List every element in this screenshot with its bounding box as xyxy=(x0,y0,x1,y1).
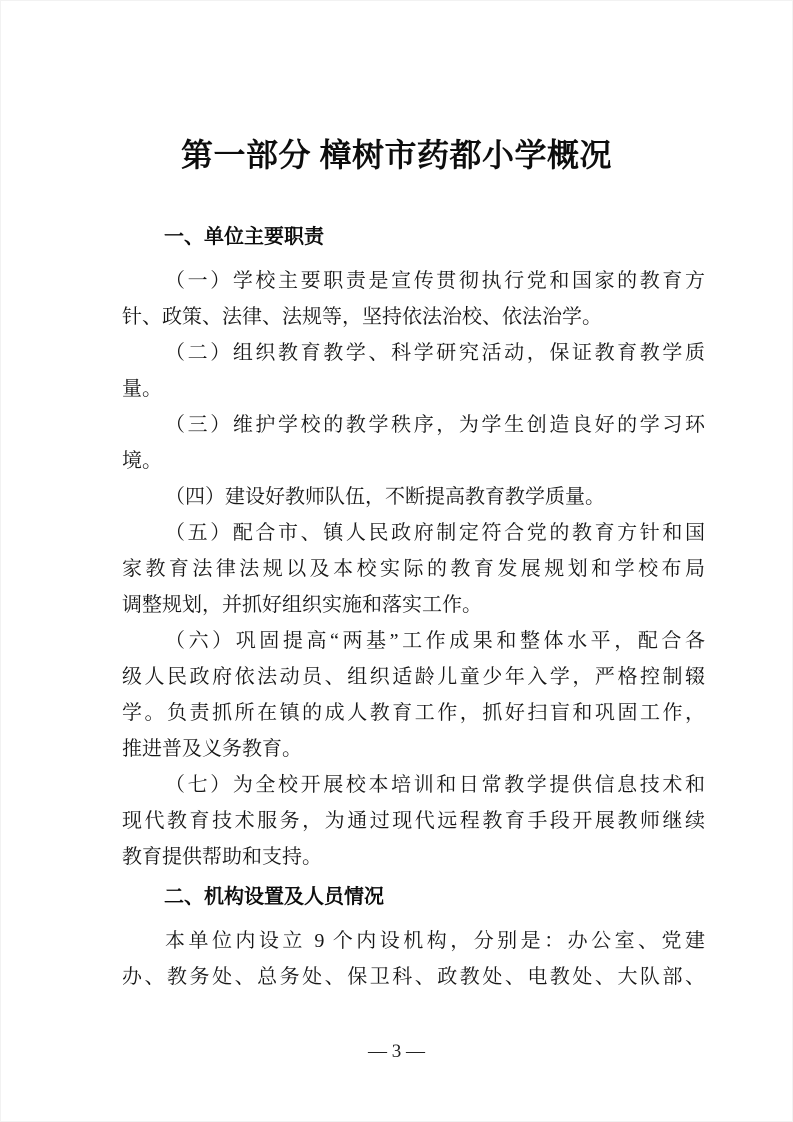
text-line: （三）维护学校的教学秩序，为学生创造良好的学习环 xyxy=(122,407,705,443)
text-line: 级人民政府依法动员、组织适龄儿童少年入学，严格控制辍 xyxy=(122,659,705,695)
text-line: （四）建设好教师队伍，不断提高教育教学质量。 xyxy=(122,479,705,515)
text-line: 教育提供帮助和支持。 xyxy=(122,839,705,875)
paragraph: （七）为全校开展校本培训和日常教学提供信息技术和现代教育技术服务，为通过现代远程… xyxy=(122,767,705,875)
page-number: — 3 — xyxy=(0,1040,793,1064)
text-line: 现代教育技术服务，为通过现代远程教育手段开展教师继续 xyxy=(122,803,705,839)
text-line: （二）组织教育教学、科学研究活动，保证教育教学质 xyxy=(122,335,705,371)
text-line: 境。 xyxy=(122,443,705,479)
paragraph: （六）巩固提高“两基”工作成果和整体水平，配合各级人民政府依法动员、组织适龄儿童… xyxy=(122,623,705,767)
text-line: 学。负责抓所在镇的成人教育工作，抓好扫盲和巩固工作， xyxy=(122,695,705,731)
document-title: 第一部分 樟树市药都小学概况 xyxy=(0,0,793,177)
section-heading: 二、机构设置及人员情况 xyxy=(122,879,705,915)
text-line: （七）为全校开展校本培训和日常教学提供信息技术和 xyxy=(122,767,705,803)
paragraph: （二）组织教育教学、科学研究活动，保证教育教学质量。 xyxy=(122,335,705,407)
paragraph: （三）维护学校的教学秩序，为学生创造良好的学习环境。 xyxy=(122,407,705,479)
paragraph: 本单位内设立 9 个内设机构，分别是：办公室、党建办、教务处、总务处、保卫科、政… xyxy=(122,923,705,995)
text-line: （五）配合市、镇人民政府制定符合党的教育方针和国 xyxy=(122,515,705,551)
text-line: （六）巩固提高“两基”工作成果和整体水平，配合各 xyxy=(122,623,705,659)
document-body: 一、单位主要职责（一）学校主要职责是宣传贯彻执行党和国家的教育方针、政策、法律、… xyxy=(122,219,705,995)
text-line: 量。 xyxy=(122,371,705,407)
text-line: （一）学校主要职责是宣传贯彻执行党和国家的教育方 xyxy=(122,263,705,299)
paragraph: （五）配合市、镇人民政府制定符合党的教育方针和国家教育法律法规以及本校实际的教育… xyxy=(122,515,705,623)
text-line: 家教育法律法规以及本校实际的教育发展规划和学校布局 xyxy=(122,551,705,587)
paragraph: （四）建设好教师队伍，不断提高教育教学质量。 xyxy=(122,479,705,515)
section-heading: 一、单位主要职责 xyxy=(122,219,705,255)
document-page: 第一部分 樟树市药都小学概况 一、单位主要职责（一）学校主要职责是宣传贯彻执行党… xyxy=(0,0,793,1122)
paragraph: （一）学校主要职责是宣传贯彻执行党和国家的教育方针、政策、法律、法规等，坚持依法… xyxy=(122,263,705,335)
text-line: 针、政策、法律、法规等，坚持依法治校、依法治学。 xyxy=(122,299,705,335)
text-line: 调整规划，并抓好组织实施和落实工作。 xyxy=(122,587,705,623)
text-line: 办、教务处、总务处、保卫科、政教处、电教处、大队部、 xyxy=(122,959,705,995)
text-line: 推进普及义务教育。 xyxy=(122,731,705,767)
text-line: 本单位内设立 9 个内设机构，分别是：办公室、党建 xyxy=(122,923,705,959)
